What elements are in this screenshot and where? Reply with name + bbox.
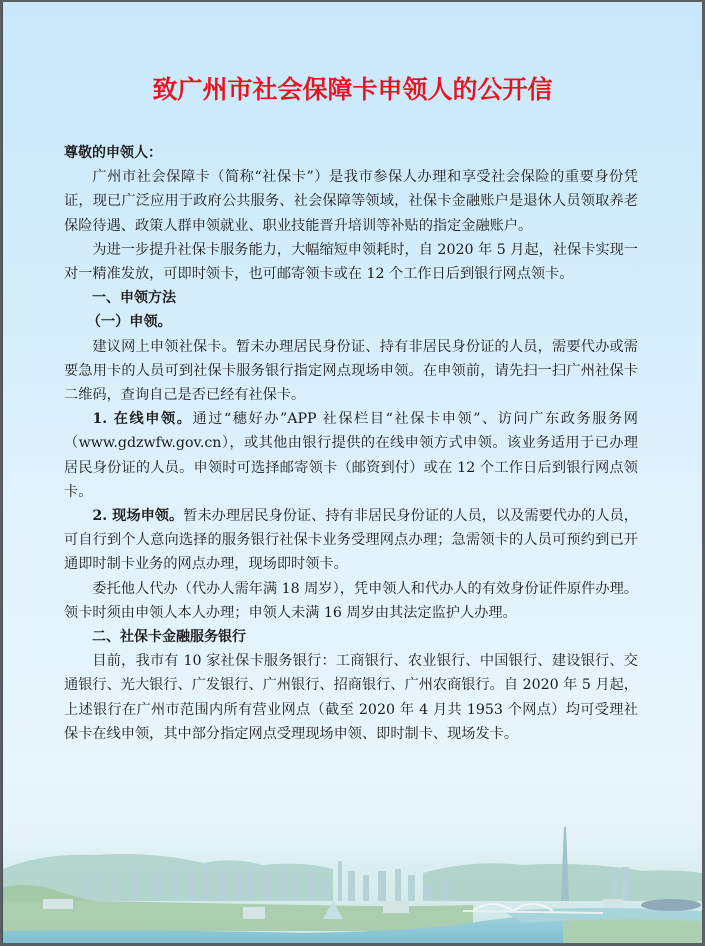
online-apply-item: 1. 在线申领。通过“穗好办”APP 社保栏目“社保卡申领”、访问广东政务服务网…: [64, 407, 638, 504]
apply-paragraph: 建议网上申领社保卡。暂未办理居民身份证、持有非居民身份证的人员，需要代办或需要急…: [64, 335, 638, 408]
onsite-apply-item: 2. 现场申领。暂未办理居民身份证、持有非居民身份证的人员，以及需要代办的人员，…: [64, 504, 638, 577]
intro-paragraph-2: 为进一步提升社保卡服务能力，大幅缩短申领耗时，自 2020 年 5 月起，社保卡…: [64, 238, 638, 286]
onsite-apply-lead: 2. 现场申领。: [92, 508, 183, 524]
section-heading-application-method: 一、申领方法: [64, 286, 638, 310]
section-heading-banks: 二、社保卡金融服务银行: [64, 625, 638, 649]
subsection-heading-apply: （一）申领。: [64, 310, 638, 334]
banks-paragraph: 目前，我市有 10 家社保卡服务银行：工商银行、农业银行、中国银行、建设银行、交…: [64, 649, 638, 746]
city-skyline-image: [3, 821, 702, 943]
page-title: 致广州市社会保障卡申领人的公开信: [3, 70, 702, 106]
letter-page: 致广州市社会保障卡申领人的公开信 尊敬的申领人： 广州市社会保障卡（简称“社保卡…: [2, 2, 702, 943]
greeting: 尊敬的申领人：: [64, 141, 638, 165]
proxy-paragraph: 委托他人代办（代办人需年满 18 周岁），凭申领人和代办人的有效身份证件原件办理…: [64, 577, 638, 625]
letter-body: 尊敬的申领人： 广州市社会保障卡（简称“社保卡”）是我市参保人办理和享受社会保险…: [64, 141, 638, 746]
online-apply-lead: 1. 在线申领。: [92, 411, 192, 427]
intro-paragraph-1: 广州市社会保障卡（简称“社保卡”）是我市参保人办理和享受社会保险的重要身份凭证，…: [64, 165, 638, 238]
